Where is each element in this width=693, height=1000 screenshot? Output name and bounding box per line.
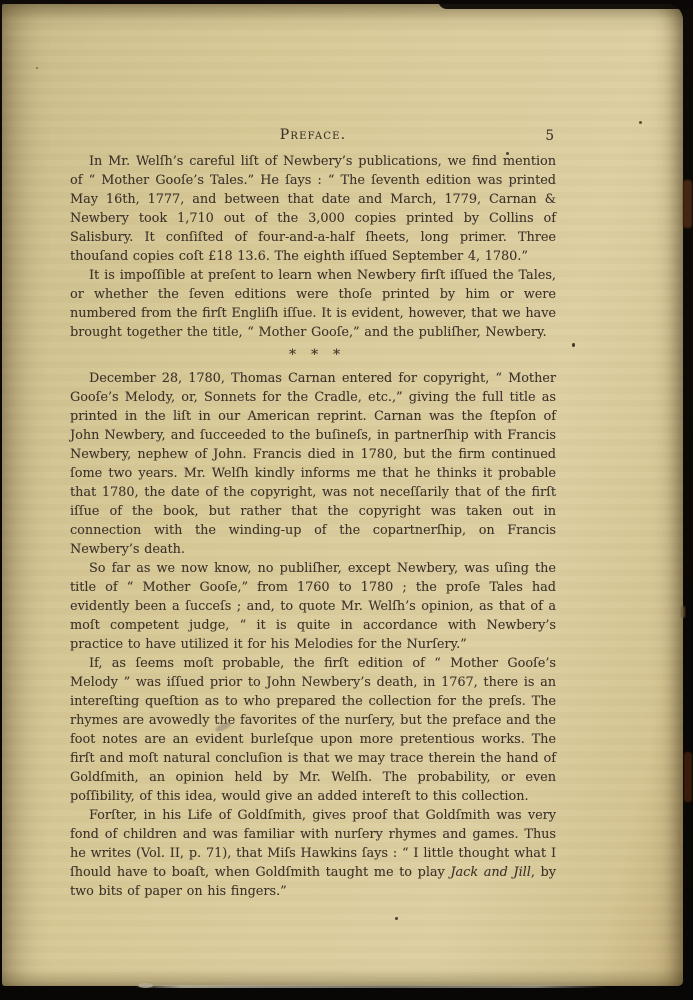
paper-speck bbox=[395, 917, 398, 920]
page-header: Preface. 5 bbox=[70, 126, 556, 150]
running-head-title: Preface. bbox=[70, 126, 556, 145]
page-text-column: Preface. 5 In Mr. Welſh’s careful liſt o… bbox=[70, 126, 556, 901]
paper-speck bbox=[572, 343, 575, 347]
book-scan-backdrop: Preface. 5 In Mr. Welſh’s careful liſt o… bbox=[0, 0, 693, 1000]
page-bottom-edge-nub bbox=[138, 983, 153, 988]
page-edge-blotch bbox=[683, 180, 692, 228]
paper-speck bbox=[448, 331, 450, 333]
paragraph-4: So far as we now know, no publiſher, exc… bbox=[70, 559, 556, 654]
paper-speck bbox=[506, 152, 509, 155]
page-bottom-edge-highlight bbox=[134, 985, 606, 988]
paragraph-2: It is impoſſible at preſent to learn whe… bbox=[70, 266, 556, 342]
asterisk-separator: * * * bbox=[70, 342, 556, 369]
page-number: 5 bbox=[545, 127, 554, 146]
scan-top-edge-shadow bbox=[438, 0, 693, 9]
italic-phrase: Jack and Jill bbox=[450, 865, 530, 880]
paragraph-5: If, as ſeems moſt probable, the firſt ed… bbox=[70, 654, 556, 806]
paragraph-1: In Mr. Welſh’s careful liſt of Newbery’s… bbox=[70, 152, 556, 266]
page-edge-fleck bbox=[681, 606, 685, 618]
paragraph-3: December 28, 1780, Thomas Carnan entered… bbox=[70, 369, 556, 559]
page-edge-blotch bbox=[684, 752, 692, 802]
paper-speck bbox=[639, 121, 642, 124]
page-edge-fleck bbox=[678, 830, 682, 846]
paragraph-6: Forſter, in his Life of Goldſmith, gives… bbox=[70, 806, 556, 901]
book-page: Preface. 5 In Mr. Welſh’s careful liſt o… bbox=[2, 4, 683, 986]
paper-speck bbox=[36, 67, 38, 69]
